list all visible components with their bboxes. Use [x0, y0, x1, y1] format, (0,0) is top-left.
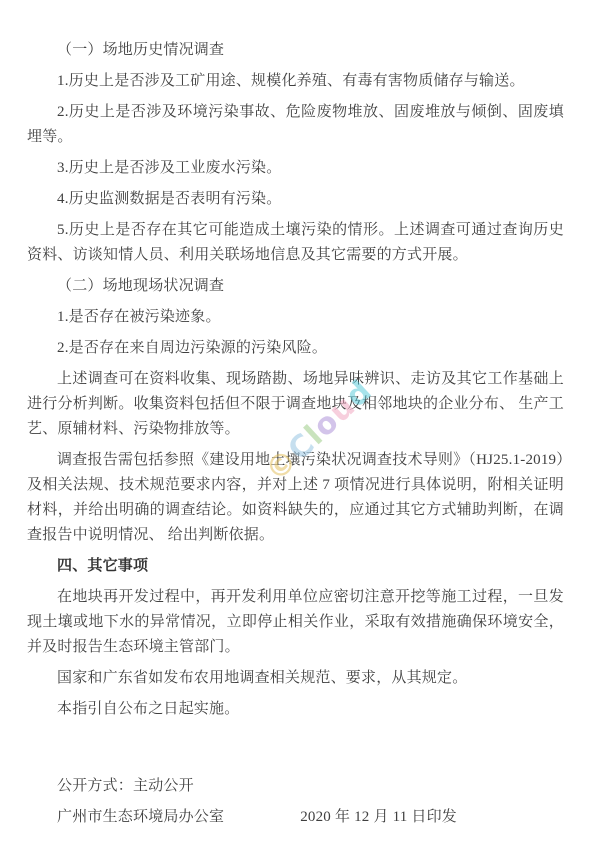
list-item-history-3: 3.历史上是否涉及工业废水污染。: [27, 156, 564, 181]
list-item-history-1: 1.历史上是否涉及工矿用途、规模化养殖、有毒有害物质储存与输送。: [27, 69, 564, 94]
document-footer: 公开方式：主动公开 广州市生态环境局办公室2020 年 12 月 11 日印发: [27, 774, 564, 830]
section-heading-site-current: （二）场地现场状况调查: [27, 274, 564, 299]
print-date: 2020 年 12 月 11 日印发: [300, 809, 457, 825]
paragraph-report-requirements: 调查报告需包括参照《建设用地土壤污染状况调查技术导则》（HJ25.1-2019）…: [27, 448, 564, 548]
issuing-office-line: 广州市生态环境局办公室2020 年 12 月 11 日印发: [27, 805, 564, 830]
paragraph-survey-method: 上述调查可在资料收集、现场踏勘、场地异味辨识、走访及其它工作基础上进行分析判断。…: [27, 367, 564, 442]
list-item-current-2: 2.是否存在来自周边污染源的污染风险。: [27, 336, 564, 361]
paragraph-effective-date: 本指引自公布之日起实施。: [27, 697, 564, 722]
paragraph-agricultural-land-rule: 国家和广东省如发布农用地调查相关规范、要求，从其规定。: [27, 666, 564, 691]
document-page: ©Cloud （一）场地历史情况调查 1.历史上是否涉及工矿用途、规模化养殖、有…: [0, 0, 595, 841]
section-heading-site-history: （一）场地历史情况调查: [27, 38, 564, 63]
list-item-history-5: 5.历史上是否存在其它可能造成土壤污染的情形。上述调查可通过查询历史资料、访谈知…: [27, 218, 564, 268]
list-item-current-1: 1.是否存在被污染迹象。: [27, 305, 564, 330]
publicity-method-line: 公开方式：主动公开: [27, 774, 564, 799]
list-item-history-4: 4.历史监测数据是否表明有污染。: [27, 187, 564, 212]
issuing-office: 广州市生态环境局办公室: [57, 809, 224, 825]
document-body: （一）场地历史情况调查 1.历史上是否涉及工矿用途、规模化养殖、有毒有害物质储存…: [27, 38, 564, 836]
chapter-heading-other-matters: 四、其它事项: [27, 554, 564, 579]
paragraph-redevelopment-notice: 在地块再开发过程中，再开发利用单位应密切注意开挖等施工过程，一旦发现土壤或地下水…: [27, 585, 564, 660]
list-item-history-2: 2.历史上是否涉及环境污染事故、危险废物堆放、固废堆放与倾倒、固废填埋等。: [27, 100, 564, 150]
